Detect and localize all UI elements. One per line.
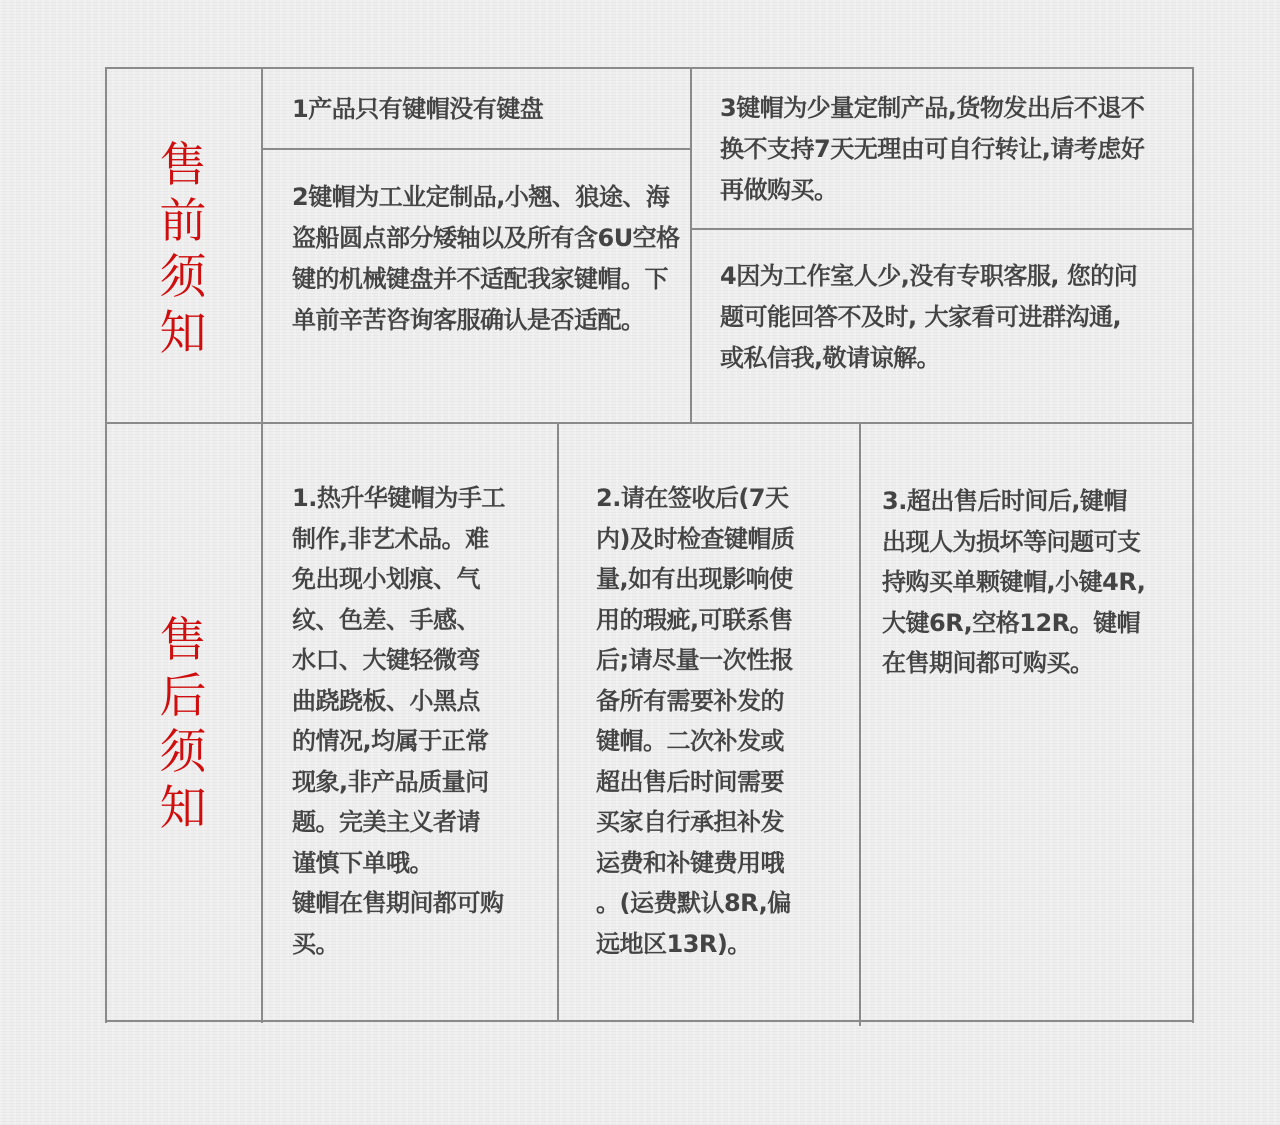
pre-sale-heading: 售 前 须 知 <box>153 138 213 362</box>
pre-sale-item-2: 2键帽为工业定制品,小翘、狼途、海 盗船圆点部分矮轴以及所有含6U空格 键的机械… <box>292 177 680 341</box>
divider <box>261 148 691 150</box>
divider <box>105 67 1194 69</box>
divider <box>557 422 559 1022</box>
heading-char: 售 <box>153 613 213 669</box>
after-sale-item-2: 2.请在签收后(7天 内)及时检查键帽质 量,如有出现影响使 用的瑕疵,可联系售… <box>596 478 794 964</box>
heading-char: 知 <box>153 306 213 362</box>
heading-char: 知 <box>153 781 213 837</box>
pre-sale-item-1: 1产品只有键帽没有键盘 <box>292 89 543 130</box>
heading-char: 售 <box>153 138 213 194</box>
after-sale-item-3: 3.超出售后时间后,键帽 出现人为损坏等问题可支 持购买单颗键帽,小键4R, 大… <box>882 481 1145 684</box>
heading-char: 须 <box>153 725 213 781</box>
pre-sale-item-4: 4因为工作室人少,没有专职客服, 您的问 题可能回答不及时, 大家看可进群沟通,… <box>720 256 1137 379</box>
heading-char: 后 <box>153 669 213 725</box>
divider <box>690 67 692 424</box>
after-sale-item-1: 1.热升华键帽为手工 制作,非艺术品。难 免出现小划痕、气 纹、色差、手感、 水… <box>292 478 505 964</box>
after-sale-heading: 售 后 须 知 <box>153 613 213 837</box>
heading-char: 须 <box>153 250 213 306</box>
divider <box>105 1020 1194 1022</box>
divider <box>261 67 263 1023</box>
divider <box>859 422 861 1026</box>
heading-char: 前 <box>153 194 213 250</box>
divider <box>105 67 107 1023</box>
divider <box>105 422 1194 424</box>
divider <box>1192 67 1194 1023</box>
pre-sale-item-3: 3键帽为少量定制产品,货物发出后不退不 换不支持7天无理由可自行转让,请考虑好 … <box>720 88 1144 211</box>
divider <box>690 228 1194 230</box>
